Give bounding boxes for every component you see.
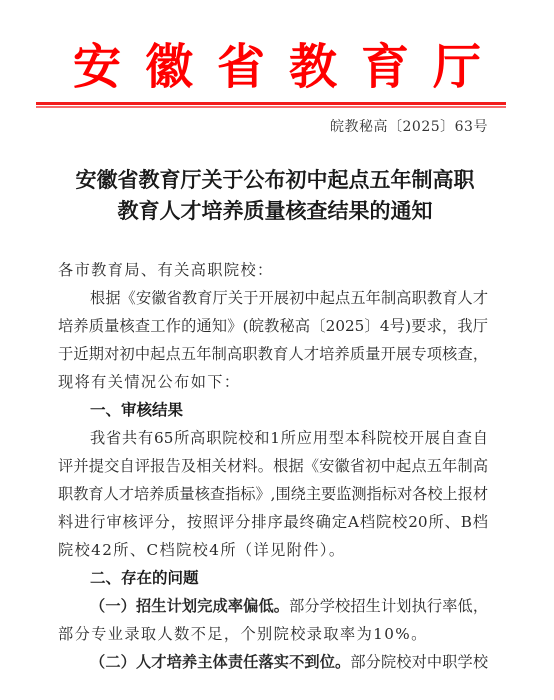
problem-item-2-label: （二）人才培养主体责任落实不到位。	[90, 653, 350, 671]
intro-line: 于近期对初中起点五年制高职教育人才培养质量开展专项核查，	[58, 340, 488, 368]
intro-line: 现将有关情况公布如下：	[58, 368, 488, 396]
paragraph-line: 我省共有65所高职院校和1所应用型本科院校开展自查自	[58, 424, 488, 452]
problem-item-2-line: （二）人才培养主体责任落实不到位。部分院校对中职学校	[58, 648, 488, 676]
paragraph-line: 评并提交自评报告及相关材料。根据《安徽省初中起点五年制高	[58, 452, 488, 480]
document-title-line-2: 教育人才培养质量核查结果的通知	[60, 195, 490, 226]
masthead-char: 徽	[144, 38, 194, 96]
salutation: 各市教育局、有关高职院校：	[58, 256, 488, 284]
problem-item-1-line: （一）招生计划完成率偏低。部分学校招生计划执行率低，	[58, 592, 488, 620]
paragraph-line: 院校42所、C档院校4所（详见附件）。	[58, 536, 488, 564]
problem-item-1-line-2: 部分专业录取人数不足，个别院校录取率为10%。	[58, 620, 488, 648]
problem-item-1-text: 部分学校招生计划执行率低，	[289, 597, 488, 615]
intro-line: 培养质量核查工作的通知》(皖教秘高〔2025〕4号)要求，我厅	[58, 312, 488, 340]
masthead-title: 安 徽 省 教 育 厅	[72, 38, 482, 96]
section-heading-existing-problems: 二、存在的问题	[58, 564, 488, 592]
document-title: 安徽省教育厅关于公布初中起点五年制高职 教育人才培养质量核查结果的通知	[60, 164, 490, 226]
problem-item-1-label: （一）招生计划完成率偏低。	[90, 597, 289, 615]
intro-line: 根据《安徽省教育厅关于开展初中起点五年制高职教育人才	[58, 284, 488, 312]
masthead-rule-thin	[36, 106, 506, 108]
problem-item-2-text: 部分院校对中职学校	[350, 653, 488, 671]
document-number: 皖教秘高〔2025〕63号	[330, 117, 490, 137]
masthead-char: 育	[360, 38, 410, 96]
paragraph-line: 料进行审核评分，按照评分排序最终确定A档院校20所、B档	[58, 508, 488, 536]
masthead-char: 省	[216, 38, 266, 96]
masthead-char: 教	[288, 38, 338, 96]
document-title-line-1: 安徽省教育厅关于公布初中起点五年制高职	[60, 164, 490, 195]
masthead-rule-thick	[36, 102, 506, 105]
masthead-char: 厅	[432, 38, 482, 96]
paragraph-line: 职教育人才培养质量核查指标》,围绕主要监测指标对各校上报材	[58, 480, 488, 508]
section-heading-audit-results: 一、审核结果	[58, 396, 488, 424]
masthead-char: 安	[72, 38, 122, 96]
document-body: 各市教育局、有关高职院校： 根据《安徽省教育厅关于开展初中起点五年制高职教育人才…	[58, 256, 488, 676]
